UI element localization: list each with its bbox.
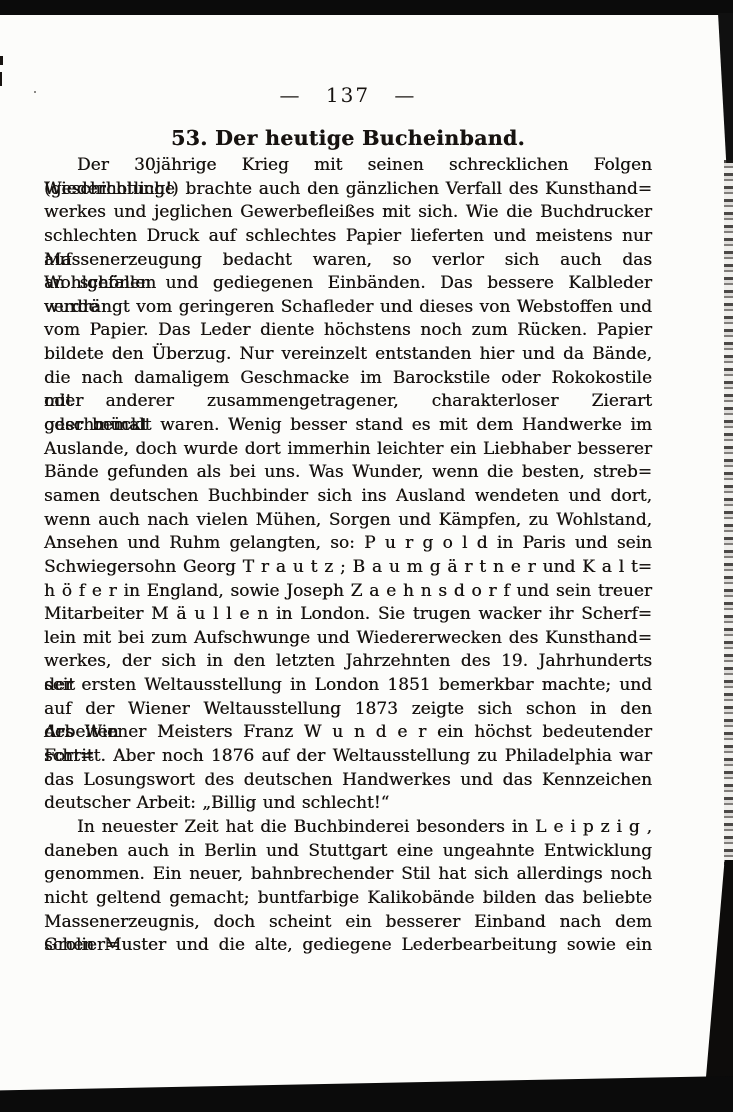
- text-line: Ansehen und Ruhm gelangten, so: P u r g …: [44, 532, 652, 556]
- text-line: schritt. Aber noch 1876 auf der Weltauss…: [44, 745, 652, 769]
- text-line: oder bemalt waren. Wenig besser stand es…: [44, 414, 652, 438]
- text-line: nicht geltend gemacht; buntfarbige Kalik…: [44, 887, 652, 911]
- text-line: auf der Wiener Weltausstellung 1873 zeig…: [44, 698, 652, 722]
- text-line: wenn auch nach vielen Mühen, Sorgen und …: [44, 509, 652, 533]
- scan-border-top: [0, 0, 733, 15]
- text-line: der ersten Weltausstellung in London 185…: [44, 674, 652, 698]
- text-line: die nach damaligem Geschmacke im Barocks…: [44, 367, 652, 391]
- text-line: genommen. Ein neuer, bahnbrechender Stil…: [44, 863, 652, 887]
- text-line: samen deutschen Buchbinder sich ins Ausl…: [44, 485, 652, 509]
- text-line: Bände gefunden als bei uns. Was Wunder, …: [44, 461, 652, 485]
- section-heading: 53. Der heutige Bucheinband.: [44, 126, 652, 150]
- text-line: das Losungswort des deutschen Handwerkes…: [44, 769, 652, 793]
- text-line: In neuester Zeit hat die Buchbinderei be…: [44, 816, 652, 840]
- text-line: h ö f e r in England, sowie Joseph Z a e…: [44, 580, 652, 604]
- scan-speck: [0, 56, 3, 65]
- page-number: — 137 —: [44, 83, 652, 107]
- text-line: schlechten Druck auf schlechtes Papier l…: [44, 225, 652, 249]
- text-line: Schwiegersohn Georg T r a u t z ; B a u …: [44, 556, 652, 580]
- text-line: Mitarbeiter M ä u l l e n in London. Sie…: [44, 603, 652, 627]
- scan-speck: [0, 72, 2, 86]
- text-line: werkes und jeglichen Gewerbefleißes mit …: [44, 201, 652, 225]
- text-line: vom Papier. Das Leder diente höchstens n…: [44, 319, 652, 343]
- scanned-book-page: — 137 — 53. Der heutige Bucheinband. Der…: [0, 0, 733, 1112]
- scan-gutter-shadow-middle: [724, 160, 733, 870]
- text-line: Massenerzeugnis, doch scheint ein besser…: [44, 911, 652, 935]
- scan-gutter-shadow-bottom: [703, 860, 733, 1112]
- text-line: werkes, der sich in den letzten Jahrzehn…: [44, 650, 652, 674]
- text-line: Der 30jährige Krieg mit seinen schreckli…: [44, 154, 652, 178]
- body-text: Der 30jährige Krieg mit seinen schreckli…: [44, 154, 652, 958]
- text-line: Auslande, doch wurde dort immerhin leich…: [44, 438, 652, 462]
- text-line: lein mit bei zum Aufschwunge und Wiedere…: [44, 627, 652, 651]
- text-line: daneben auch in Berlin und Stuttgart ein…: [44, 840, 652, 864]
- text-line: Massenerzeugung bedacht waren, so verlor…: [44, 249, 652, 273]
- text-line: schen Muster und die alte, gediegene Led…: [44, 934, 652, 958]
- text-line: bildete den Überzug. Nur vereinzelt ents…: [44, 343, 652, 367]
- text-line: mit anderer zusammengetragener, charakte…: [44, 390, 652, 414]
- text-line: deutscher Arbeit: „Billig und schlecht!“: [44, 792, 652, 816]
- text-line: des Wiener Meisters Franz W u n d e r ei…: [44, 721, 652, 745]
- scan-speck: [34, 91, 36, 93]
- text-line: an schönen und gediegenen Einbänden. Das…: [44, 272, 652, 296]
- text-line: verdrängt vom geringeren Schafleder und …: [44, 296, 652, 320]
- scan-gutter-shadow-top: [718, 13, 733, 163]
- scan-border-bottom: [0, 1072, 733, 1112]
- text-line: Wiederholung!) brachte auch den gänzlich…: [44, 178, 652, 202]
